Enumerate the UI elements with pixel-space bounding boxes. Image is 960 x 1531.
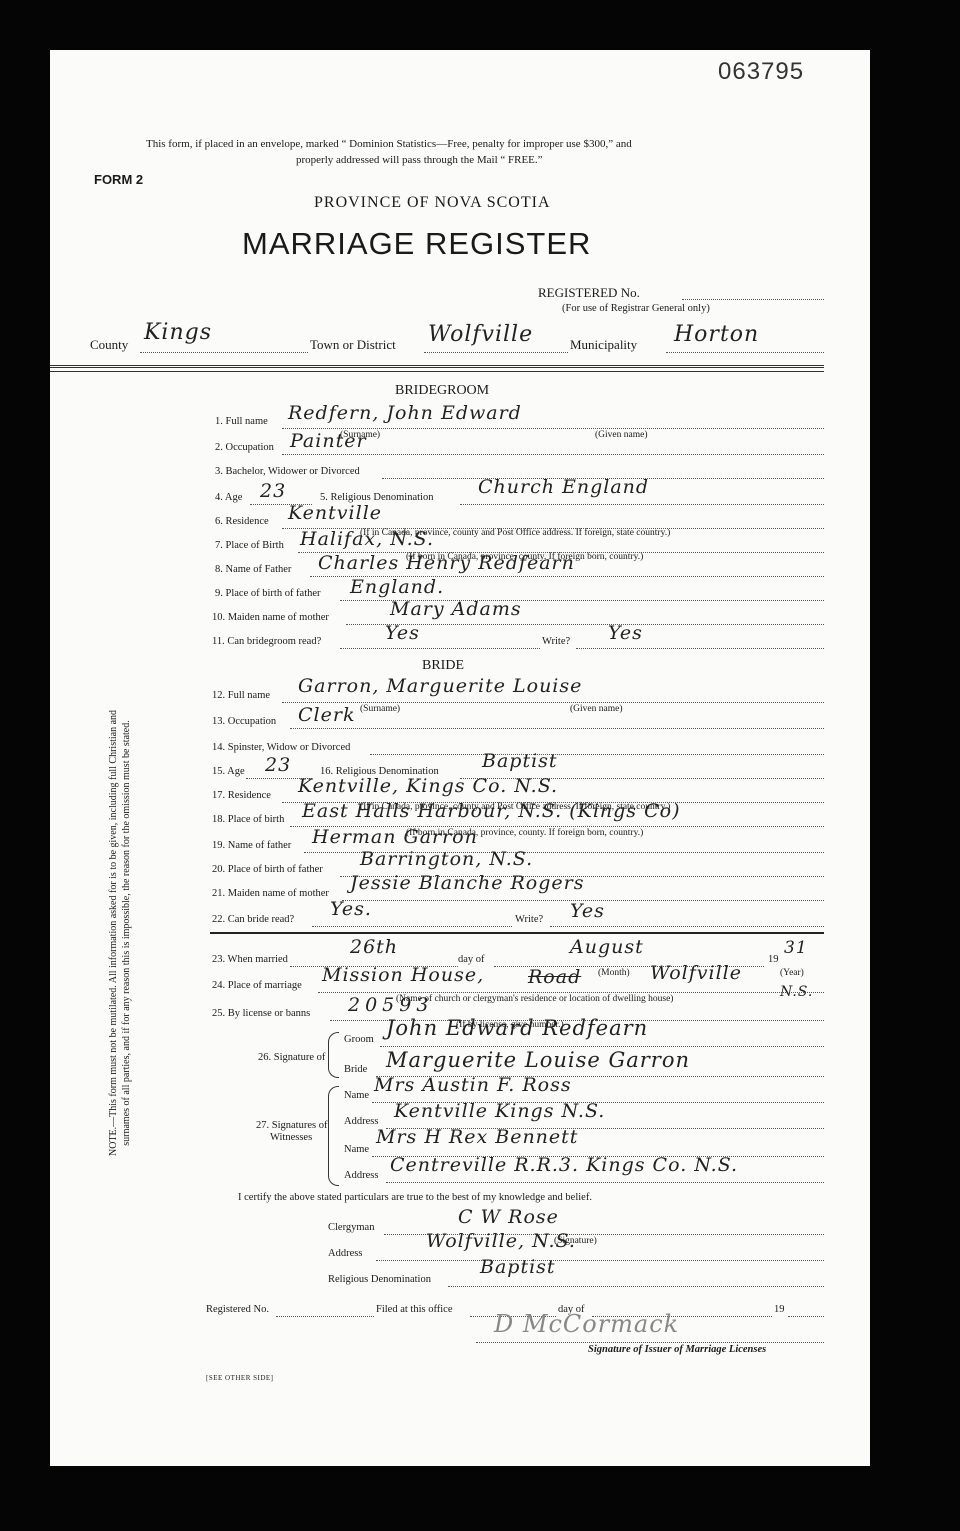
groom-read-line (340, 648, 540, 649)
clergyman-religion-label: Religious Denomination (328, 1274, 431, 1285)
county-label: County (90, 337, 128, 353)
issuer-signature-line (476, 1342, 824, 1343)
witness-2-name-value[interactable]: Mrs H Rex Bennett (376, 1126, 578, 1148)
license-label: 25. By license or banns (212, 1008, 310, 1019)
groom-given-hint: (Given name) (595, 430, 648, 440)
bride-mother-value[interactable]: Jessie Blanche Rogers (350, 872, 584, 894)
witness-1-name-value[interactable]: Mrs Austin F. Ross (374, 1074, 572, 1096)
clergyman-address-value[interactable]: Wolfville, N.S. (426, 1230, 576, 1252)
form-number: FORM 2 (94, 172, 143, 187)
groom-mother-label: 10. Maiden name of mother (212, 612, 329, 623)
municipality-line (666, 352, 824, 353)
bride-residence-label: 17. Residence (212, 790, 271, 801)
bride-status-line (370, 754, 824, 755)
bride-age-value[interactable]: 23 (265, 754, 291, 776)
groom-full-name-value[interactable]: Redfern, John Edward (288, 402, 522, 424)
bride-signature-label: Bride (344, 1064, 367, 1075)
bride-write-value[interactable]: Yes (570, 900, 605, 922)
bride-read-label: 22. Can bride read? (212, 914, 294, 925)
place-of-marriage-province[interactable]: N.S. (780, 984, 813, 1000)
document-number: 063795 (718, 58, 804, 86)
marriage-day-value[interactable]: 26th (350, 936, 398, 958)
bridegroom-heading: BRIDEGROOM (395, 383, 489, 399)
groom-signature-value[interactable]: John Edward Redfearn (386, 1016, 648, 1040)
bride-write-line (550, 926, 824, 927)
footer-registered-no-label: Registered No. (206, 1304, 269, 1315)
county-value[interactable]: Kings (144, 320, 212, 345)
bride-divider (210, 932, 824, 934)
see-other-side: [SEE OTHER SIDE] (206, 1374, 274, 1382)
place-of-marriage-struck: Road (528, 966, 581, 988)
witness-2-address-line (386, 1182, 824, 1183)
bride-religion-value[interactable]: Baptist (482, 750, 558, 772)
county-line (140, 352, 308, 353)
groom-occupation-value[interactable]: Painter (290, 430, 367, 452)
town-value[interactable]: Wolfville (428, 322, 533, 347)
footer-year-line[interactable] (788, 1316, 824, 1317)
bride-birthplace-value[interactable]: East Halls Harbour, N.S. (Kings Co) (302, 800, 680, 822)
groom-residence-label: 6. Residence (215, 516, 269, 527)
groom-full-name-line (282, 428, 824, 429)
side-note: NOTE.—This form must not be mutilated. A… (107, 613, 133, 1253)
side-note-line2: surnames of all parties, and if for any … (120, 613, 133, 1253)
clergyman-address-label: Address (328, 1248, 362, 1259)
groom-read-label: 11. Can bridegroom read? (212, 636, 321, 647)
signatures-brace (328, 1032, 339, 1078)
witness-1-name-label: Name (344, 1090, 369, 1101)
bride-read-value[interactable]: Yes. (330, 898, 372, 920)
municipality-value[interactable]: Horton (674, 322, 759, 347)
groom-father-label: 8. Name of Father (215, 564, 291, 575)
groom-mother-value[interactable]: Mary Adams (390, 598, 522, 620)
bride-surname-hint: (Surname) (360, 704, 400, 714)
witness-2-name-label: Name (344, 1144, 369, 1155)
groom-signature-label: Groom (344, 1034, 374, 1045)
witness-2-address-value[interactable]: Centreville R.R.3. Kings Co. N.S. (390, 1154, 738, 1176)
groom-age-value[interactable]: 23 (260, 480, 286, 502)
place-of-marriage-town[interactable]: Wolfville (650, 962, 742, 984)
registered-no-field[interactable] (682, 299, 824, 300)
place-of-marriage-value[interactable]: Mission House, (322, 964, 484, 986)
witness-2-address-label: Address (344, 1170, 378, 1181)
groom-occupation-label: 2. Occupation (215, 442, 274, 453)
clergyman-address-line (376, 1260, 824, 1261)
bride-signature-value[interactable]: Marguerite Louise Garron (386, 1048, 690, 1072)
groom-write-value[interactable]: Yes (608, 622, 643, 644)
bride-full-name-label: 12. Full name (212, 690, 270, 701)
when-married-label: 23. When married (212, 954, 288, 965)
groom-father-value[interactable]: Charles Henry Redfearn (318, 552, 575, 574)
certification-statement: I certify the above stated particulars a… (238, 1192, 592, 1203)
side-note-line1: NOTE.—This form must not be mutilated. A… (107, 613, 120, 1253)
bride-status-label: 14. Spinster, Widow or Divorced (212, 742, 350, 753)
witnesses-label-line2: Witnesses (270, 1132, 312, 1143)
footer-registered-no-line[interactable] (276, 1316, 374, 1317)
groom-father-birth-value[interactable]: England. (350, 576, 444, 598)
clergyman-signature-value[interactable]: C W Rose (458, 1206, 559, 1228)
clergyman-label: Clergyman (328, 1222, 374, 1233)
marriage-month-value[interactable]: August (570, 936, 644, 958)
groom-occupation-line (282, 454, 824, 455)
bride-father-birth-label: 20. Place of birth of father (212, 864, 323, 875)
municipality-label: Municipality (570, 337, 637, 353)
place-of-marriage-hint: (Name of church or clergyman's residence… (396, 994, 673, 1004)
groom-read-value[interactable]: Yes (385, 622, 420, 644)
year-prefix: 19 (768, 954, 779, 965)
bride-residence-value[interactable]: Kentville, Kings Co. N.S. (298, 775, 558, 797)
groom-full-name-label: 1. Full name (215, 416, 268, 427)
bride-father-birth-value[interactable]: Barrington, N.S. (360, 848, 533, 870)
clergyman-religion-line (448, 1286, 824, 1287)
bride-occupation-value[interactable]: Clerk (298, 704, 355, 726)
page-title: MARRIAGE REGISTER (242, 226, 591, 262)
town-line (424, 352, 568, 353)
groom-write-line (576, 648, 824, 649)
bride-age-label: 15. Age (212, 766, 245, 777)
marriage-register-form: 063795 This form, if placed in an envelo… (50, 50, 870, 1466)
month-hint: (Month) (598, 968, 630, 978)
bride-full-name-line (282, 702, 824, 703)
groom-residence-value[interactable]: Kentville (288, 502, 382, 524)
bride-full-name-value[interactable]: Garron, Marguerite Louise (298, 675, 582, 697)
clergyman-religion-value[interactable]: Baptist (480, 1256, 556, 1278)
groom-signature-line (380, 1046, 824, 1047)
registered-no-note: (For use of Registrar General only) (562, 303, 710, 314)
issuer-signature-label: Signature of Issuer of Marriage Licenses (588, 1344, 766, 1355)
mail-notice-line1: This form, if placed in an envelope, mar… (146, 138, 632, 150)
bride-write-label: Write? (515, 914, 543, 925)
bride-read-line (312, 926, 512, 927)
groom-write-label: Write? (542, 636, 570, 647)
signatures-label: 26. Signature of (258, 1052, 325, 1063)
issuer-signature-value: D McCormack (494, 1310, 679, 1338)
place-of-marriage-label: 24. Place of marriage (212, 980, 302, 991)
place-of-marriage-line (318, 992, 824, 993)
mail-notice-line2: properly addressed will pass through the… (296, 154, 543, 166)
witnesses-brace (328, 1086, 339, 1186)
bride-occupation-label: 13. Occupation (212, 716, 276, 727)
town-label: Town or District (310, 337, 396, 353)
groom-status-label: 3. Bachelor, Widower or Divorced (215, 466, 360, 477)
filed-label: Filed at this office (376, 1304, 453, 1315)
groom-birthplace-label: 7. Place of Birth (215, 540, 284, 551)
bride-father-label: 19. Name of father (212, 840, 291, 851)
bride-heading: BRIDE (422, 658, 464, 674)
bride-father-value[interactable]: Herman Garron (312, 826, 478, 848)
bride-given-hint: (Given name) (570, 704, 623, 714)
witness-1-address-value[interactable]: Kentville Kings N.S. (394, 1100, 605, 1122)
license-number-value[interactable]: 20593 (348, 994, 433, 1016)
province-heading: PROVINCE OF NOVA SCOTIA (314, 194, 551, 212)
witnesses-label: 27. Signatures of (256, 1120, 327, 1131)
groom-father-birth-label: 9. Place of birth of father (215, 588, 321, 599)
header-divider (50, 365, 824, 372)
bride-mother-label: 21. Maiden name of mother (212, 888, 329, 899)
bride-occupation-line (290, 728, 824, 729)
witness-1-address-label: Address (344, 1116, 378, 1127)
footer-year-prefix: 19 (774, 1304, 785, 1315)
year-hint: (Year) (780, 968, 804, 978)
bride-birthplace-label: 18. Place of birth (212, 814, 284, 825)
groom-age-label: 4. Age (215, 492, 242, 503)
groom-religion-value[interactable]: Church England (478, 476, 649, 498)
registered-no-label: REGISTERED No. (538, 285, 640, 301)
marriage-year-value[interactable]: 31 (784, 938, 808, 958)
groom-birthplace-value[interactable]: Halifax, N.S. (300, 528, 434, 550)
groom-religion-line (460, 504, 824, 505)
